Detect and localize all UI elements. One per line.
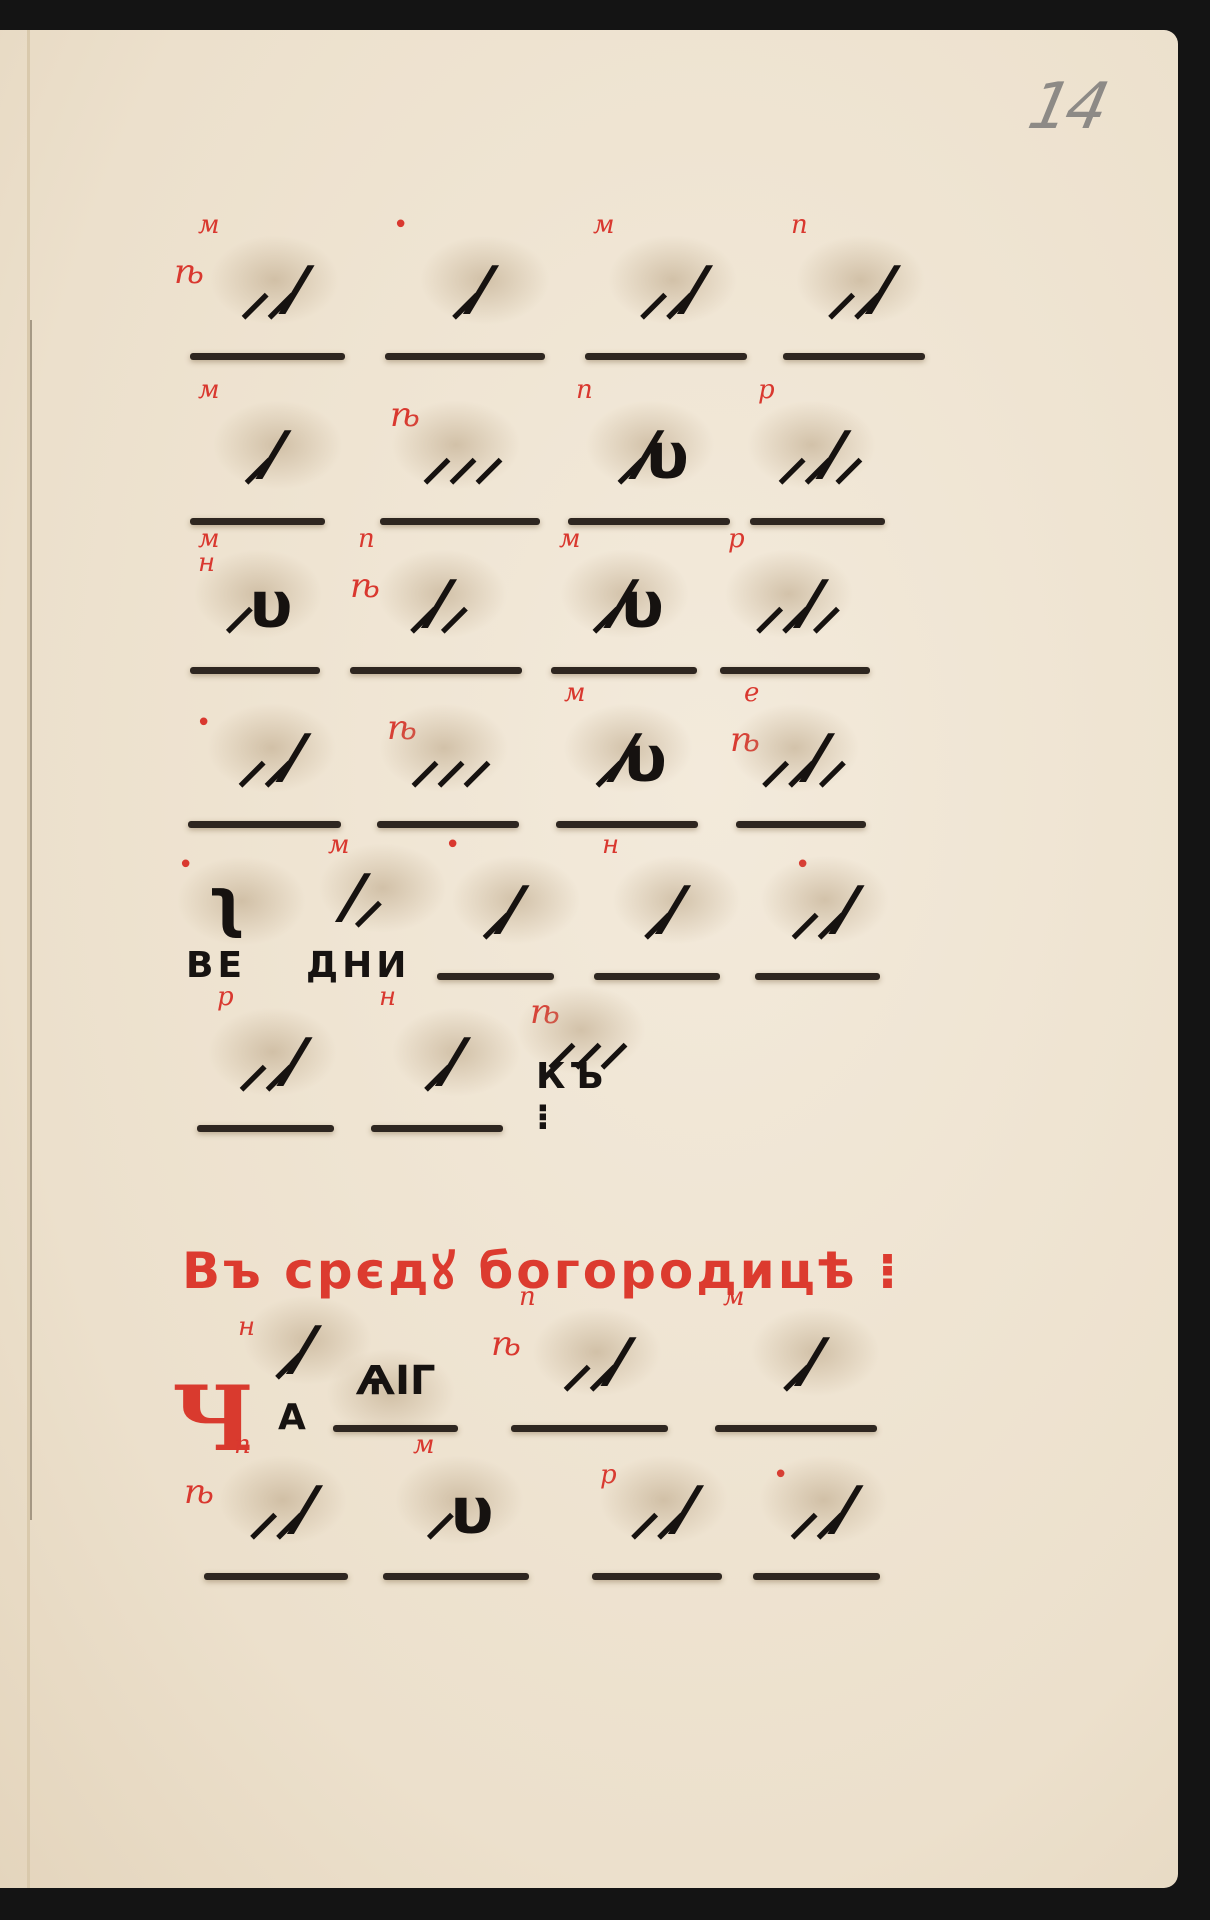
neume-cell: м ⸝⸝⁄ xyxy=(585,210,747,360)
text-underline xyxy=(720,667,870,674)
text-underline xyxy=(556,821,698,828)
neume-glyph: ⸝⁄ xyxy=(422,1017,453,1104)
neume-glyph: ⸝⁄υ xyxy=(593,713,661,800)
neume-cell: п ѣ ⸝⸝⁄ xyxy=(204,1430,348,1580)
rubric-mark: ѣ xyxy=(174,252,204,292)
rubric-mark: • xyxy=(393,210,408,240)
neume-glyph: ⸝⸝⁄ xyxy=(248,1465,305,1552)
notation-row-3: м н ⸝υ п ѣ ⸝⁄⸝ м ⸝⁄υ р ⸝⸝⁄⸝ xyxy=(0,524,1178,674)
text-underline xyxy=(585,353,747,360)
neume-cell: р ⸝⸝⁄⸝ xyxy=(750,375,885,525)
neume-glyph: ⸝⁄υ xyxy=(615,410,683,497)
text-underline xyxy=(350,667,522,674)
neume-glyph: ⸝⸝⁄⸝ xyxy=(760,713,843,800)
text-underline xyxy=(377,821,519,828)
neume-glyph: ⸝⁄ xyxy=(642,865,673,952)
text-underline xyxy=(551,667,697,674)
neume-cell: ѦІГ xyxy=(333,1282,458,1432)
neume-glyph: ⸝⁄ xyxy=(480,865,511,952)
rubric-mark: ѣ xyxy=(184,1472,214,1512)
rubric-mark: п xyxy=(358,524,375,554)
neume-cell: м ѣ ⸝⸝⁄ xyxy=(190,210,345,360)
neume-cell: н ⸝⁄ А xyxy=(248,1282,328,1432)
text-underline xyxy=(204,1573,348,1580)
neume-cell: п ⸝⁄υ xyxy=(568,375,730,525)
neume-cell: р ⸝⸝⁄ xyxy=(197,982,334,1132)
notation-row-1: м ѣ ⸝⸝⁄ • ⸝⁄ м ⸝⸝⁄ п ⸝⸝⁄ xyxy=(0,210,1178,360)
notation-row-5: • ʅ ВЕ м ⁄⸝ ДНИ • ⸝⁄ н ⸝⁄ • ⸝⸝⁄ xyxy=(0,830,1178,980)
neume-glyph: ⸝⸝⁄ xyxy=(638,245,695,332)
neume-glyph: ⸝υ xyxy=(223,559,286,646)
notation-row-2: м ⸝⁄ ѣ ⸝⸝⸝ п ⸝⁄υ р ⸝⸝⁄⸝ xyxy=(0,375,1178,525)
text-underline xyxy=(783,353,925,360)
neume-glyph: ѦІГ xyxy=(355,1358,435,1404)
neume-cell: • ⸝⸝⁄ xyxy=(753,1430,880,1580)
neume-cell: м ⁄⸝ ДНИ xyxy=(298,830,428,980)
neume-glyph: ⸝⸝⸝ xyxy=(409,713,487,800)
neume-glyph: ⸝⁄ xyxy=(273,1305,304,1392)
neume-glyph: ⸝⸝⁄ xyxy=(789,865,846,952)
text-underline xyxy=(197,1125,334,1132)
lyric-syllable: ДНИ xyxy=(306,945,410,986)
rubric-mark: ѣ xyxy=(491,1324,521,1364)
neume-glyph: ⸝⸝⁄ xyxy=(237,1017,294,1104)
neume-glyph: ⸝⸝⁄ xyxy=(561,1317,618,1404)
text-underline xyxy=(594,973,720,980)
neume-glyph: ⸝⁄⸝ xyxy=(408,559,465,646)
neume-glyph: ⸝⸝⁄⸝ xyxy=(776,410,859,497)
text-underline xyxy=(753,1573,880,1580)
text-underline xyxy=(385,353,545,360)
neume-cell: м ⸝⁄υ xyxy=(551,524,697,674)
neume-cell: н ⸝⁄ xyxy=(371,982,503,1132)
text-underline xyxy=(736,821,866,828)
neume-cell: п ѣ ⸝⸝⁄ xyxy=(511,1282,668,1432)
neume-cell: п ѣ ⸝⁄⸝ xyxy=(350,524,522,674)
notation-row-8: п ѣ ⸝⸝⁄ м ⸝υ р ⸝⸝⁄ • ⸝⸝⁄ xyxy=(0,1430,1178,1580)
neume-cell: р ⸝⸝⁄ xyxy=(592,1430,722,1580)
text-underline xyxy=(190,353,345,360)
notation-row-7: н ⸝⁄ А ѦІГ п ѣ ⸝⸝⁄ м ⸝⁄ xyxy=(0,1282,1178,1432)
neume-cell: п ⸝⸝⁄ xyxy=(783,210,925,360)
neume-cell: р ⸝⸝⁄⸝ xyxy=(720,524,870,674)
text-underline xyxy=(592,1573,722,1580)
neume-cell: • ʅ ВЕ xyxy=(178,830,268,980)
notation-row-4: • ⸝⸝⁄ ѣ ⸝⸝⸝ м ⸝⁄υ е ѣ ⸝⸝⁄⸝ xyxy=(0,678,1178,828)
neume-cell: е ѣ ⸝⸝⁄⸝ xyxy=(736,678,866,828)
neume-glyph: ⸝⁄ xyxy=(781,1317,812,1404)
neume-cell: • ⸝⸝⁄ xyxy=(755,830,880,980)
neume-glyph: ⸝υ xyxy=(424,1465,487,1552)
neume-glyph: ⸝⁄ xyxy=(242,410,273,497)
neume-cell: • ⸝⁄ xyxy=(385,210,545,360)
text-underline xyxy=(437,973,554,980)
text-underline xyxy=(371,1125,503,1132)
rubric-mark: ѣ xyxy=(350,566,380,606)
neume-glyph: ʅ xyxy=(207,866,240,940)
neume-cell: м ⸝⁄ xyxy=(190,375,325,525)
neume-glyph: ⸝⸝⁄ xyxy=(236,713,293,800)
lyric-syllable: КЪ ⁝ xyxy=(536,1056,640,1138)
neume-glyph: ⁄⸝ xyxy=(348,853,379,940)
neume-cell: ѣ ⸝⸝⸝ КЪ ⁝ xyxy=(530,982,640,1132)
folio-number: 14 xyxy=(1022,70,1111,144)
manuscript-page: 14 м ѣ ⸝⸝⁄ • ⸝⁄ м ⸝⸝⁄ п ⸝⸝⁄ м ⸝⁄ xyxy=(0,30,1178,1888)
text-underline xyxy=(188,821,341,828)
text-underline xyxy=(190,667,320,674)
neume-glyph: ⸝⸝⁄ xyxy=(788,1465,845,1552)
neume-cell: • ⸝⸝⁄ xyxy=(188,678,341,828)
neume-glyph: ⸝⸝⁄ xyxy=(239,245,296,332)
neume-cell: н ⸝⁄ xyxy=(594,830,720,980)
neume-cell: ѣ ⸝⸝⸝ xyxy=(377,678,519,828)
neume-glyph: ⸝⁄υ xyxy=(590,559,658,646)
neume-glyph: ⸝⁄ xyxy=(450,245,481,332)
neume-glyph: ⸝⸝⁄ xyxy=(629,1465,686,1552)
lyric-syllable: ВЕ xyxy=(186,945,246,986)
neume-cell: • ⸝⁄ xyxy=(437,830,554,980)
notation-row-6: р ⸝⸝⁄ н ⸝⁄ ѣ ⸝⸝⸝ КЪ ⁝ xyxy=(0,982,1178,1132)
rubric-mark: м xyxy=(723,1282,745,1312)
text-underline xyxy=(755,973,880,980)
neume-cell: ѣ ⸝⸝⸝ xyxy=(380,375,540,525)
neume-cell: м ⸝⁄ xyxy=(715,1282,877,1432)
neume-glyph: ⸝⸝⁄ xyxy=(826,245,883,332)
neume-cell: м ⸝υ xyxy=(383,1430,529,1580)
text-underline xyxy=(383,1573,529,1580)
neume-glyph: ⸝⸝⸝ xyxy=(421,410,499,497)
neume-cell: м н ⸝υ xyxy=(190,524,320,674)
neume-cell: м ⸝⁄υ xyxy=(556,678,698,828)
neume-glyph: ⸝⸝⁄⸝ xyxy=(754,559,837,646)
